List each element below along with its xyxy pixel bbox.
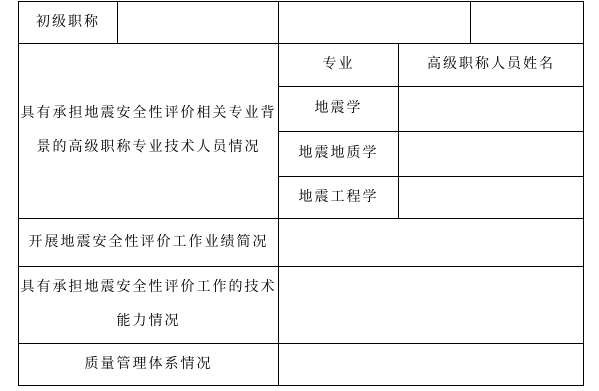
work-performance-row: 开展地震安全性评价工作业绩简况 xyxy=(19,219,584,267)
technical-capability-value-cell[interactable] xyxy=(279,267,584,344)
column-header-specialty: 专业 xyxy=(279,44,399,87)
junior-title-row: 初级职称 xyxy=(19,2,584,44)
seismic-geology-label: 地震地质学 xyxy=(279,132,399,177)
quality-management-value-cell[interactable] xyxy=(279,344,584,386)
column-header-senior-names: 高级职称人员姓名 xyxy=(399,44,584,87)
top-empty-cell-1[interactable] xyxy=(279,2,471,44)
seismology-names-cell[interactable] xyxy=(399,87,584,132)
seismology-label: 地震学 xyxy=(279,87,399,132)
earthquake-engineering-names-cell[interactable] xyxy=(399,177,584,219)
technical-capability-row: 具有承担地震安全性评价工作的技术 能力情况 xyxy=(19,267,584,344)
technical-capability-label: 具有承担地震安全性评价工作的技术 能力情况 xyxy=(19,267,279,344)
work-performance-value-cell[interactable] xyxy=(279,219,584,267)
top-empty-cell-2[interactable] xyxy=(471,2,584,44)
junior-title-label: 初级职称 xyxy=(19,2,118,44)
earthquake-engineering-label: 地震工程学 xyxy=(279,177,399,219)
form-page: 初级职称 具有承担地震安全性评价相关专业背 景的高级职称专业技术人员情况 专业 … xyxy=(0,0,599,391)
senior-section-header-row: 具有承担地震安全性评价相关专业背 景的高级职称专业技术人员情况 专业 高级职称人… xyxy=(19,44,584,87)
quality-management-label: 质量管理体系情况 xyxy=(19,344,279,386)
work-performance-label: 开展地震安全性评价工作业绩简况 xyxy=(19,219,279,267)
junior-title-value-cell[interactable] xyxy=(118,2,279,44)
senior-section-label: 具有承担地震安全性评价相关专业背 景的高级职称专业技术人员情况 xyxy=(19,44,279,219)
qualification-form-table: 初级职称 具有承担地震安全性评价相关专业背 景的高级职称专业技术人员情况 专业 … xyxy=(18,1,584,386)
quality-management-row: 质量管理体系情况 xyxy=(19,344,584,386)
seismic-geology-names-cell[interactable] xyxy=(399,132,584,177)
